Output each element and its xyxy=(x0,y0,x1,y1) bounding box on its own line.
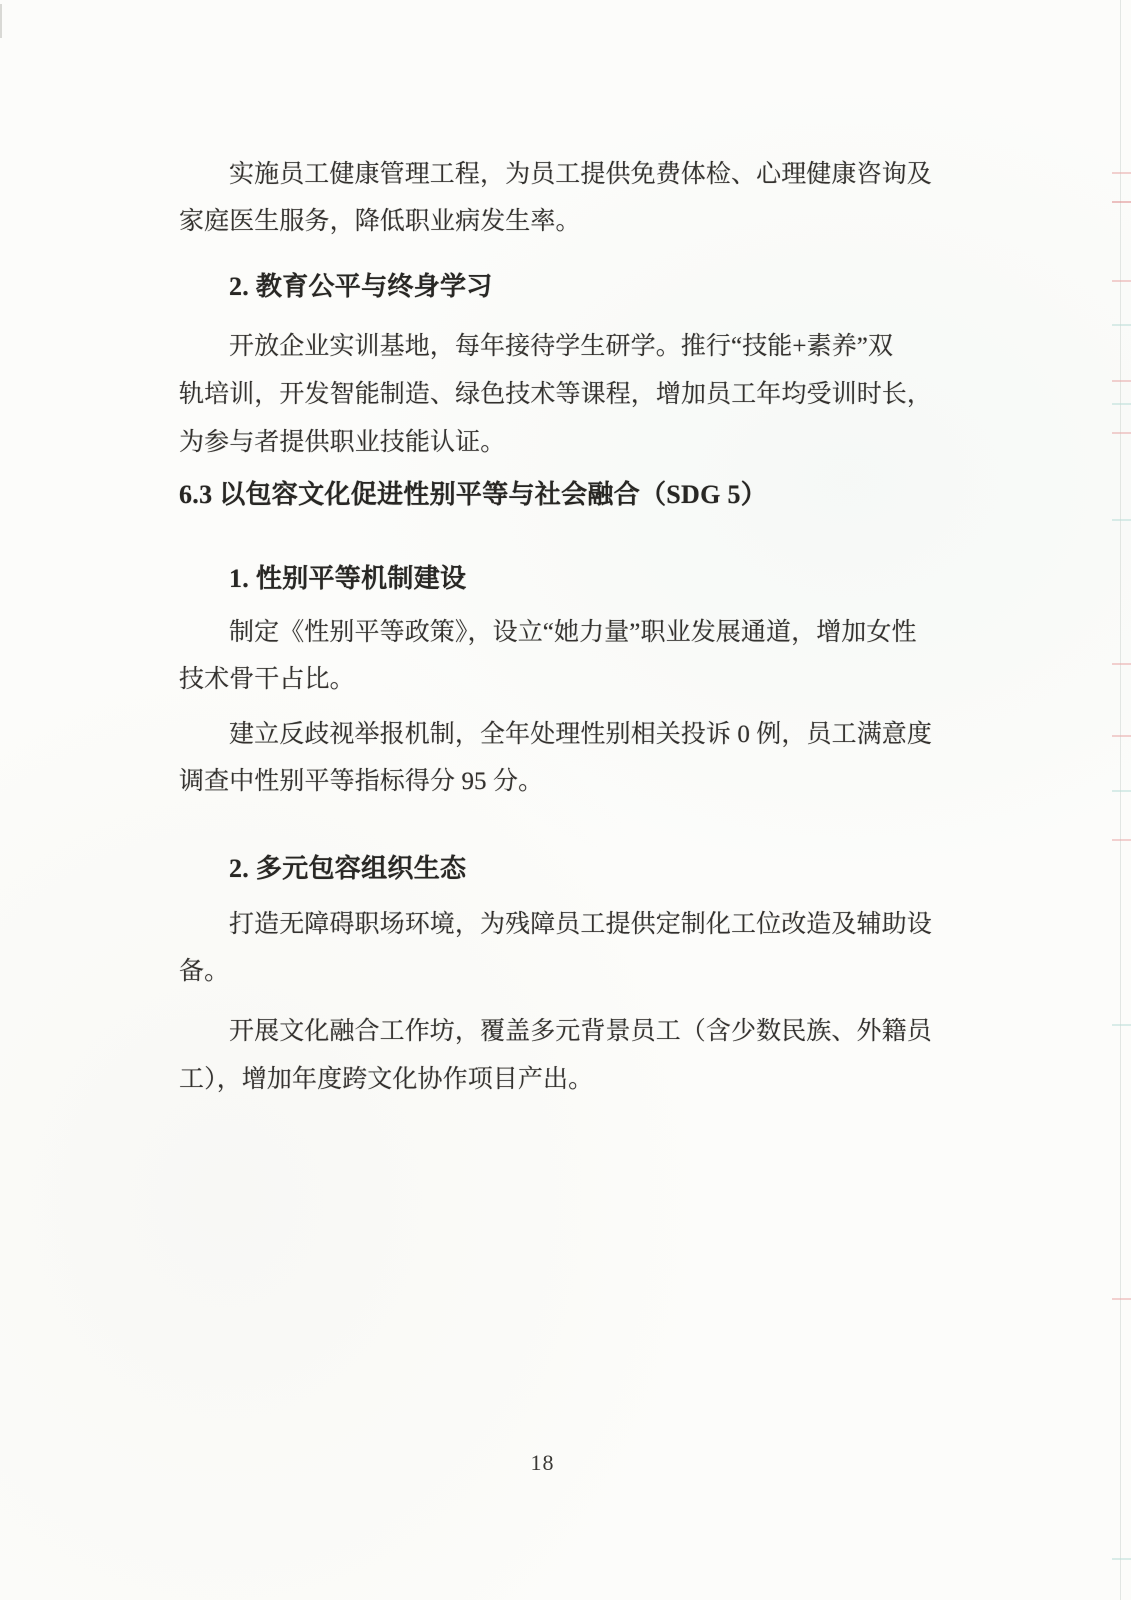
body-line: 工），增加年度跨文化协作项目产出。 xyxy=(179,1064,951,1096)
body-line: 家庭医生服务，降低职业病发生率。 xyxy=(179,206,951,238)
scan-tick xyxy=(1112,1298,1131,1300)
scan-tick xyxy=(1112,172,1131,174)
scan-tick xyxy=(1112,663,1131,665)
subsection-heading: 2. 教育公平与终身学习 xyxy=(179,271,1001,303)
subsection-heading: 2. 多元包容组织生态 xyxy=(179,853,1001,885)
body-line: 打造无障碍职场环境，为残障员工提供定制化工位改造及辅助设 xyxy=(179,909,1001,941)
scan-tick xyxy=(1112,1558,1131,1560)
section-heading: 6.3 以包容文化促进性别平等与社会融合（SDG 5） xyxy=(179,479,951,511)
scan-tick xyxy=(1112,839,1131,841)
scan-tick xyxy=(1112,432,1131,434)
scan-tick xyxy=(1112,280,1131,282)
scan-tick xyxy=(1112,519,1131,521)
scan-edge-line xyxy=(1120,0,1121,1600)
body-line: 技术骨干占比。 xyxy=(179,664,951,696)
body-line: 实施员工健康管理工程，为员工提供免费体检、心理健康咨询及 xyxy=(179,159,1001,191)
page-number: 18 xyxy=(0,1450,1085,1476)
body-line: 为参与者提供职业技能认证。 xyxy=(179,427,951,459)
body-line: 制定《性别平等政策》，设立“她力量”职业发展通道，增加女性 xyxy=(179,617,1001,649)
body-line: 备。 xyxy=(179,956,951,988)
scan-tick xyxy=(1112,380,1131,382)
scan-tick xyxy=(1112,790,1131,792)
scan-tick xyxy=(1112,403,1131,405)
scan-corner-mark xyxy=(0,4,2,38)
scan-tick xyxy=(1112,201,1131,203)
body-line: 开放企业实训基地，每年接待学生研学。推行“技能+素养”双 xyxy=(179,331,1001,363)
scan-tick xyxy=(1112,324,1131,326)
scan-tick xyxy=(1112,735,1131,737)
body-line: 建立反歧视举报机制，全年处理性别相关投诉 0 例，员工满意度 xyxy=(179,719,1001,751)
scanned-document-page: 实施员工健康管理工程，为员工提供免费体检、心理健康咨询及 家庭医生服务，降低职业… xyxy=(0,0,1131,1600)
body-line: 开展文化融合工作坊，覆盖多元背景员工（含少数民族、外籍员 xyxy=(179,1016,1001,1048)
subsection-heading: 1. 性别平等机制建设 xyxy=(179,563,1001,595)
scan-tick xyxy=(1112,1024,1131,1026)
body-line: 调查中性别平等指标得分 95 分。 xyxy=(179,766,951,798)
body-line: 轨培训，开发智能制造、绿色技术等课程，增加员工年均受训时长， xyxy=(179,379,951,411)
